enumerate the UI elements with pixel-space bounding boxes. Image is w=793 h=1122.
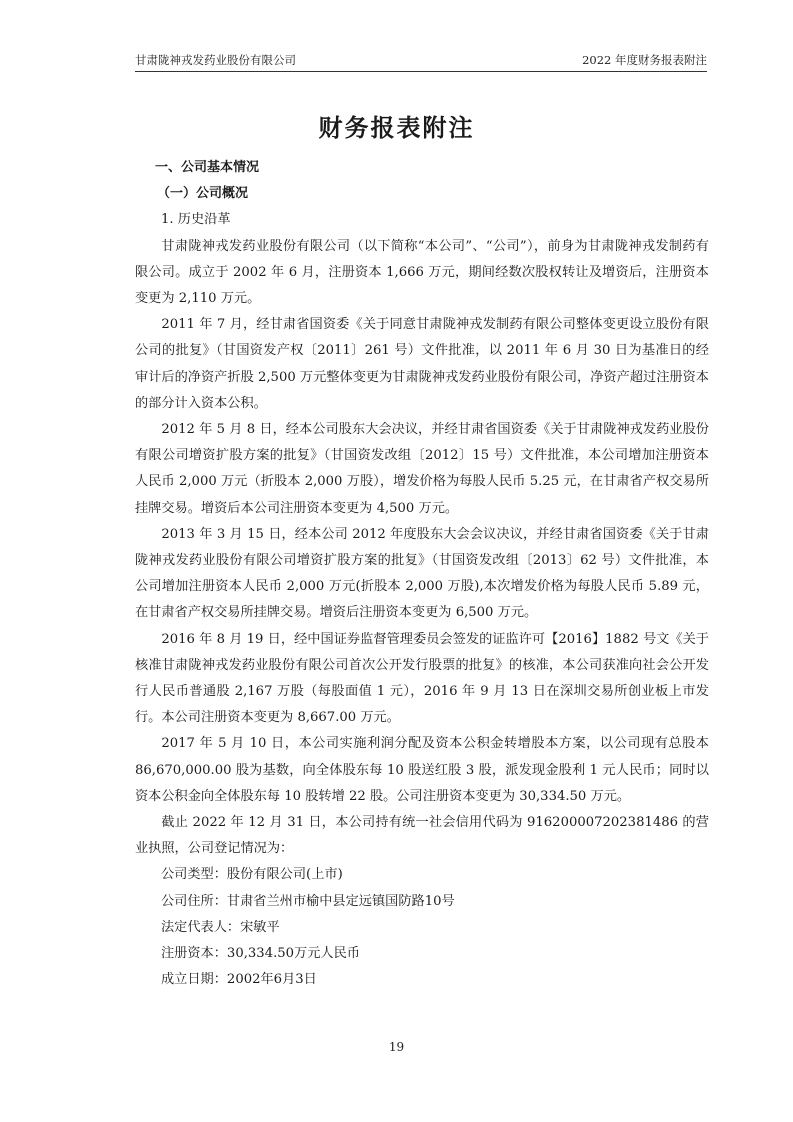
document-body: 一、公司基本情况 （一）公司概况 1. 历史沿革 甘肃陇神戎发药业股份有限公司（… xyxy=(135,155,709,994)
section-heading-3: 1. 历史沿革 xyxy=(135,207,709,233)
paragraph: 甘肃陇神戎发药业股份有限公司（以下简称“本公司”、“公司”），前身为甘肃陇神戎发… xyxy=(135,234,709,313)
registration-company-type: 公司类型：股份有限公司(上市) xyxy=(135,862,709,888)
registration-capital: 注册资本：30,334.50万元人民币 xyxy=(135,941,709,967)
paragraph: 2012 年 5 月 8 日，经本公司股东大会决议，并经甘肃省国资委《关于甘肃陇… xyxy=(135,417,709,522)
paragraph: 2013 年 3 月 15 日，经本公司 2012 年度股东大会会议决议，并经甘… xyxy=(135,522,709,627)
header-report-name: 2022 年度财务报表附注 xyxy=(582,52,707,68)
document-title: 财务报表附注 xyxy=(0,108,793,143)
section-heading-2: （一）公司概况 xyxy=(135,181,709,207)
page-number: 19 xyxy=(0,1040,793,1054)
registration-address: 公司住所：甘肃省兰州市榆中县定远镇国防路10号 xyxy=(135,889,709,915)
paragraph: 截止 2022 年 12 月 31 日，本公司持有统一社会信用代码为 91620… xyxy=(135,810,709,862)
header-divider xyxy=(135,71,707,72)
paragraph: 2011 年 7 月，经甘肃省国资委《关于同意甘肃陇神戎发制药有限公司整体变更设… xyxy=(135,312,709,417)
header-company-name: 甘肃陇神戎发药业股份有限公司 xyxy=(135,52,296,68)
paragraph: 2017 年 5 月 10 日，本公司实施利润分配及资本公积金转增股本方案，以公… xyxy=(135,731,709,810)
page-header: 甘肃陇神戎发药业股份有限公司 2022 年度财务报表附注 xyxy=(135,52,707,68)
paragraph: 2016 年 8 月 19 日，经中国证券监督管理委员会签发的证监许可【2016… xyxy=(135,627,709,732)
registration-legal-representative: 法定代表人：宋敏平 xyxy=(135,915,709,941)
registration-established-date: 成立日期：2002年6月3日 xyxy=(135,967,709,993)
section-heading-1: 一、公司基本情况 xyxy=(135,155,709,181)
